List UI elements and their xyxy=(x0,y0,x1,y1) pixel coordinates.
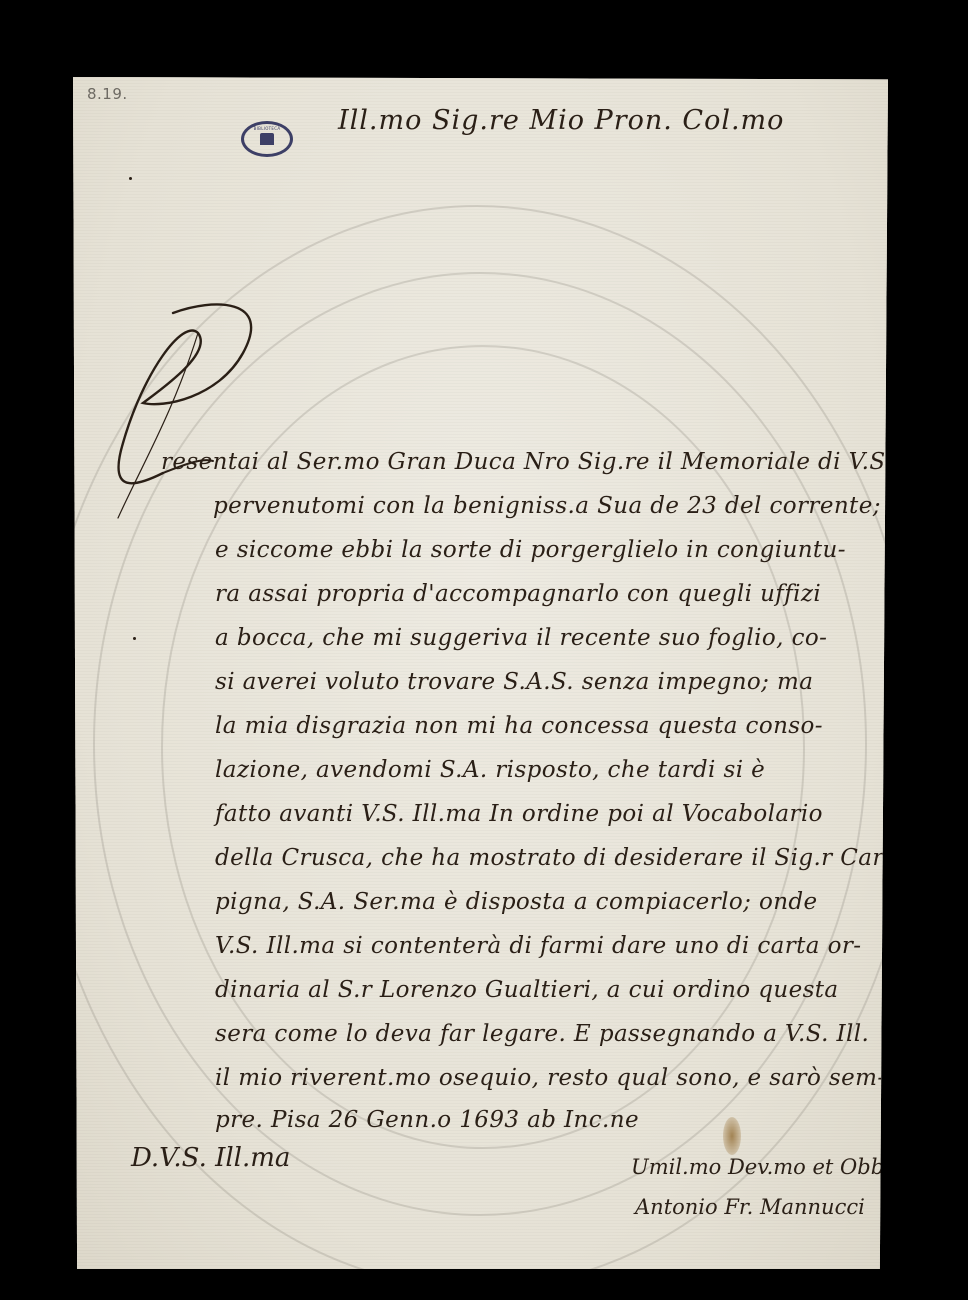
closing-formula: Umil.mo Dev.mo et Obb.mo Ser.re xyxy=(631,1155,888,1179)
ink-speck xyxy=(129,177,132,180)
folio-number: 8.19. xyxy=(87,85,128,103)
stamp-label: BIBLIOTECA xyxy=(244,126,290,131)
letter-body-line-2: pervenutomi con la benigniss.a Sua de 23… xyxy=(213,493,881,519)
stamp-emblem-icon xyxy=(260,133,274,145)
letter-body-line-10: della Crusca, che ha mostrato di desider… xyxy=(215,845,888,871)
letter-body-line-5: a bocca, che mi suggeriva il recente suo… xyxy=(215,625,827,651)
salutation-abbrev: D.V.S. Ill.ma xyxy=(131,1143,290,1173)
document-viewer-canvas: 8.19. BIBLIOTECA Ill.mo Sig.re Mio Pron.… xyxy=(0,0,968,1300)
ink-speck xyxy=(133,637,136,640)
letter-body-line-4: ra assai propria d'accompagnarlo con que… xyxy=(215,581,821,607)
letter-body-line-16-date: pre. Pisa 26 Genn.o 1693 ab Inc.ne xyxy=(215,1107,639,1133)
manuscript-page: 8.19. BIBLIOTECA Ill.mo Sig.re Mio Pron.… xyxy=(73,77,888,1269)
letter-body-line-8: lazione, avendomi S.A. risposto, che tar… xyxy=(215,757,765,783)
letter-body-line-1: resentai al Ser.mo Gran Duca Nro Sig.re … xyxy=(161,449,888,475)
letter-body-line-7: la mia disgrazia non mi ha concessa ques… xyxy=(215,713,823,739)
letter-body-line-9: fatto avanti V.S. Ill.ma In ordine poi a… xyxy=(215,801,823,827)
signature: Antonio Fr. Mannucci xyxy=(635,1195,865,1219)
letter-body-line-3: e siccome ebbi la sorte di porgerglielo … xyxy=(215,537,846,563)
letter-body-line-14: sera come lo deva far legare. E passegna… xyxy=(215,1021,869,1047)
letter-body-line-11: pigna, S.A. Ser.ma è disposta a compiace… xyxy=(215,889,818,915)
archive-stamp-icon: BIBLIOTECA xyxy=(241,121,293,157)
ink-stain xyxy=(723,1117,741,1155)
letter-body-line-12: V.S. Ill.ma si contenterà di farmi dare … xyxy=(215,933,861,959)
decorative-initial-p-icon xyxy=(103,293,263,523)
letter-body-line-6: si averei voluto trovare S.A.S. senza im… xyxy=(215,669,813,695)
letter-body-line-15: il mio riverent.mo osequio, resto qual s… xyxy=(215,1065,886,1091)
letter-body-line-13: dinaria al S.r Lorenzo Gualtieri, a cui … xyxy=(215,977,839,1003)
letter-heading: Ill.mo Sig.re Mio Pron. Col.mo xyxy=(338,105,784,136)
